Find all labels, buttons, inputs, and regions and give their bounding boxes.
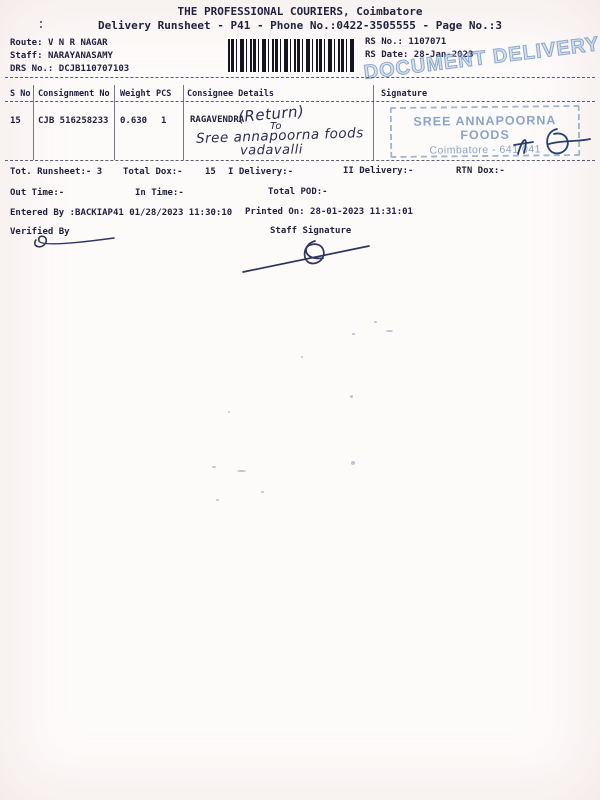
scan-speck xyxy=(237,470,246,472)
scan-speck xyxy=(352,333,355,335)
column-separator xyxy=(183,85,184,160)
printed-on: Printed On: 28-01-2023 11:31:01 xyxy=(245,207,413,217)
staff-signature-label: Staff Signature xyxy=(270,226,351,236)
staff-signature xyxy=(235,236,383,278)
barcode xyxy=(228,39,356,72)
col-header-sno: S No xyxy=(10,89,30,99)
receiver-signature xyxy=(500,122,592,164)
row-sno: 15 xyxy=(10,116,21,126)
scan-speck xyxy=(40,26,42,28)
row-consignment-no: CJB 516258233 xyxy=(38,116,108,126)
scan-speck xyxy=(261,491,264,493)
column-separator xyxy=(33,85,34,160)
ii-delivery: II Delivery:- xyxy=(343,166,413,176)
total-pod: Total POD:- xyxy=(268,187,328,197)
row-pcs: 1 xyxy=(161,116,166,126)
row-consignee-name: RAGAVENDRA xyxy=(190,115,244,125)
scan-speck xyxy=(212,466,216,468)
i-delivery: I Delivery:- xyxy=(228,167,293,177)
staff-value: NARAYANASAMY xyxy=(48,51,113,61)
column-separator xyxy=(114,85,115,160)
col-header-signature: Signature xyxy=(381,89,427,99)
rs-no-line: RS No.: 1107071 xyxy=(365,37,446,47)
col-header-weight: Weight xyxy=(120,89,151,99)
col-header-pcs: PCS xyxy=(156,89,171,99)
column-separator xyxy=(373,85,374,160)
drs-value: DCJB110707103 xyxy=(59,64,129,74)
scan-speck xyxy=(216,499,219,501)
divider-header xyxy=(5,77,595,78)
staff-label: Staff: xyxy=(10,51,43,61)
scan-speck xyxy=(301,356,303,358)
scan-speck xyxy=(228,411,230,413)
drs-label: DRS No.: xyxy=(10,64,53,74)
col-header-consignment: Consignment No xyxy=(38,89,110,99)
scanned-delivery-runsheet: THE PROFESSIONAL COURIERS, Coimbatore De… xyxy=(0,0,600,800)
route-line: Route: V N R NAGAR xyxy=(10,38,108,48)
entered-by: Entered By :BACKIAP41 01/28/2023 11:30:1… xyxy=(10,208,232,218)
col-header-consignee: Consignee Details xyxy=(187,89,274,99)
runsheet-title: Delivery Runsheet - P41 - Phone No.:0422… xyxy=(0,19,600,32)
rtn-dox: RTN Dox:- xyxy=(456,166,505,176)
scan-speck xyxy=(350,395,353,398)
route-label: Route: xyxy=(10,38,43,48)
row-weight: 0.630 xyxy=(120,116,147,126)
staff-line: Staff: NARAYANASAMY xyxy=(10,51,113,61)
scan-speck xyxy=(40,21,42,23)
scan-speck xyxy=(386,330,393,332)
route-value: V N R NAGAR xyxy=(48,38,108,48)
out-time: Out Time:- xyxy=(10,188,64,198)
in-time: In Time:- xyxy=(135,188,184,198)
handwriting-address2: vadavalli xyxy=(240,142,303,158)
scan-speck xyxy=(374,321,377,323)
rs-no-label: RS No.: xyxy=(365,37,403,47)
total-dox-value: 15 xyxy=(205,167,216,177)
rs-no-value: 1107071 xyxy=(408,37,446,47)
drs-line: DRS No.: DCJB110707103 xyxy=(10,64,129,74)
verified-by-signature xyxy=(28,225,120,251)
total-dox-label: Total Dox:- xyxy=(123,167,183,177)
company-title: THE PROFESSIONAL COURIERS, Coimbatore xyxy=(0,5,600,18)
scan-speck xyxy=(351,461,355,465)
tot-runsheet: Tot. Runsheet:- 3 xyxy=(10,167,102,177)
